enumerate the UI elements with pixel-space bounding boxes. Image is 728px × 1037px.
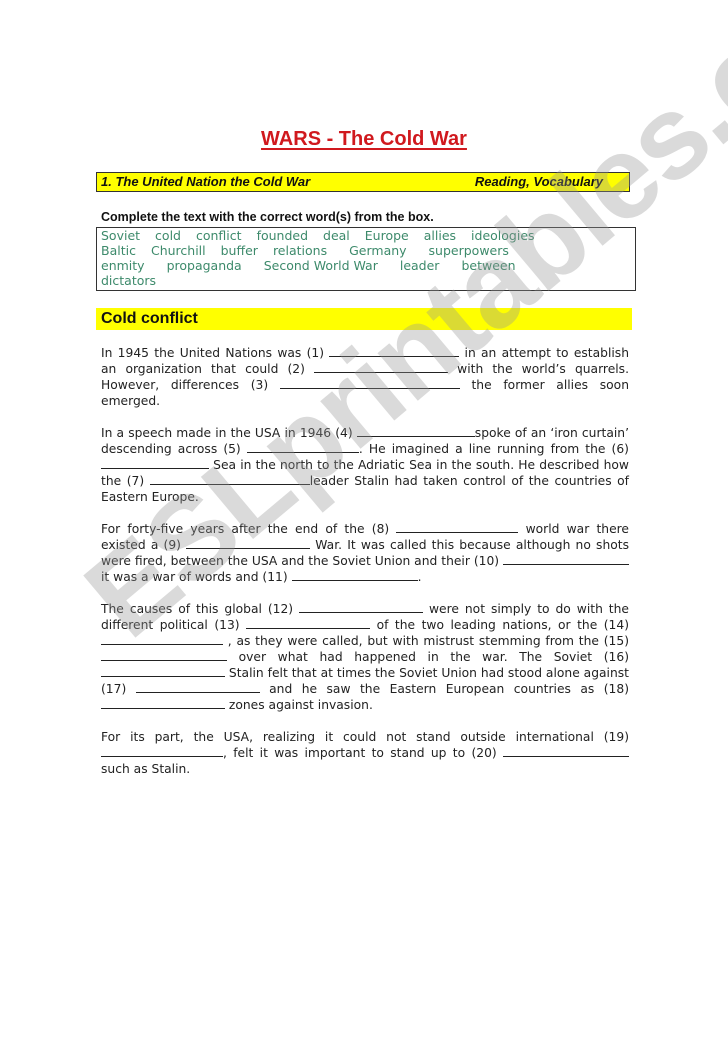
word-item: Europe (365, 228, 409, 243)
paragraph-5: For its part, the USA, realizing it coul… (101, 729, 629, 777)
blank-9[interactable] (186, 537, 310, 549)
word-item: Soviet (101, 228, 140, 243)
blank-16[interactable] (101, 665, 225, 677)
paragraph-text: , felt it was important to stand up to (… (223, 746, 503, 760)
word-item: Churchill (151, 243, 206, 258)
paragraph-text: In 1945 the United Nations was (1) (101, 346, 329, 360)
unit-header-bar: 1. The United Nation the Cold War Readin… (96, 172, 630, 192)
word-box-line: dictators (101, 273, 631, 288)
word-box-line: SovietcoldconflictfoundeddealEuropeallie… (101, 228, 631, 243)
blank-17[interactable] (136, 681, 260, 693)
blank-18[interactable] (101, 697, 225, 709)
word-item: Second World War (264, 258, 378, 273)
instruction-text: Complete the text with the correct word(… (101, 210, 434, 224)
word-item: between (461, 258, 515, 273)
paragraph-text: of the two leading nations, or the (14) (370, 618, 629, 632)
paragraph-4: The causes of this global (12) were not … (101, 601, 629, 713)
paragraph-text: such as Stalin. (101, 762, 190, 776)
blank-6[interactable] (101, 457, 209, 469)
blank-14[interactable] (101, 633, 223, 645)
paragraph-text: The causes of this global (12) (101, 602, 299, 616)
blank-15[interactable] (101, 649, 227, 661)
blank-7[interactable] (150, 473, 310, 485)
blank-5[interactable] (247, 441, 359, 453)
paragraph-text: . He imagined a line running from the (6… (359, 442, 629, 456)
worksheet-title: WARS - The Cold War (0, 128, 728, 151)
blank-2[interactable] (314, 361, 448, 373)
paragraph-text: and he saw the Eastern European countrie… (260, 682, 629, 696)
word-box-line: enmitypropagandaSecond World Warleaderbe… (101, 258, 631, 273)
word-box-line: BalticChurchillbufferrelationsGermanysup… (101, 243, 631, 258)
word-item: ideologies (471, 228, 534, 243)
blank-4[interactable] (357, 425, 475, 437)
unit-label: 1. The United Nation the Cold War (101, 174, 310, 189)
paragraph-text: , as they were called, but with mistrust… (223, 634, 629, 648)
blank-12[interactable] (299, 601, 423, 613)
blank-10[interactable] (503, 553, 629, 565)
word-item: propaganda (167, 258, 242, 273)
paragraph-3: For forty-five years after the end of th… (101, 521, 629, 585)
paragraph-1: In 1945 the United Nations was (1) in an… (101, 345, 629, 409)
blank-3[interactable] (280, 377, 460, 389)
paragraph-text: For its part, the USA, realizing it coul… (101, 730, 629, 744)
word-item: conflict (196, 228, 242, 243)
unit-skills: Reading, Vocabulary (475, 174, 603, 189)
paragraph-text: In a speech made in the USA in 1946 (4) (101, 426, 357, 440)
paragraph-text: For forty-five years after the end of th… (101, 522, 396, 536)
word-item: Baltic (101, 243, 136, 258)
blank-8[interactable] (396, 521, 518, 533)
word-item: relations (273, 243, 327, 258)
blank-20[interactable] (503, 745, 629, 757)
word-item: enmity (101, 258, 145, 273)
blank-11[interactable] (292, 569, 418, 581)
blank-19[interactable] (101, 745, 223, 757)
word-item: leader (400, 258, 440, 273)
paragraph-text: zones against invasion. (225, 698, 373, 712)
paragraph-text: it was a war of words and (11) (101, 570, 292, 584)
worksheet-page: WARS - The Cold War 1. The United Nation… (0, 0, 728, 1037)
word-item: deal (323, 228, 350, 243)
word-item: dictators (101, 273, 156, 288)
paragraph-2: In a speech made in the USA in 1946 (4) … (101, 425, 629, 505)
blank-1[interactable] (329, 345, 459, 357)
word-item: superpowers (429, 243, 509, 258)
word-item: Germany (349, 243, 406, 258)
paragraph-text: . (418, 570, 422, 584)
word-item: allies (424, 228, 456, 243)
blank-13[interactable] (246, 617, 370, 629)
word-box: SovietcoldconflictfoundeddealEuropeallie… (96, 227, 636, 291)
word-item: buffer (221, 243, 258, 258)
section-title: Cold conflict (96, 308, 632, 330)
paragraph-text: over what had happened in the war. The S… (227, 650, 629, 664)
word-item: cold (155, 228, 181, 243)
word-item: founded (257, 228, 308, 243)
